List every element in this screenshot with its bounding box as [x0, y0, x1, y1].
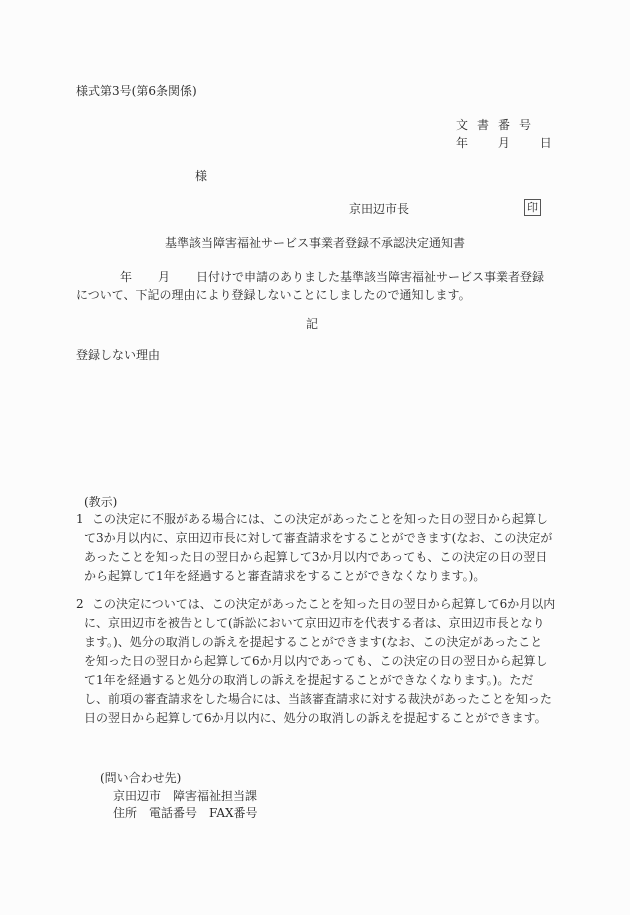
- instruction-line: て3か月以内に、京田辺市長に対して審査請求をすることができます(なお、この決定が: [76, 529, 556, 548]
- contact-fax-label: FAX番号: [209, 806, 258, 820]
- instruction-line: あったことを知った日の翌日から起算して3か月以内であっても、この決定の日の翌日: [76, 548, 556, 567]
- instruction-line: て1年を経過すると処分の取消しの訴えを提起することができなくなります。)。ただ: [76, 671, 556, 690]
- contact-department: 障害福祉担当課: [173, 789, 257, 803]
- instruction-line: ます。)、処分の取消しの訴えを提起することができます(なお、この決定があったこと: [76, 633, 556, 652]
- body-year: 年: [120, 270, 132, 284]
- seal-stamp-icon: 印: [524, 199, 541, 216]
- instruction-line: この決定に不服がある場合には、この決定があったことを知った日の翌日から起算し: [76, 510, 556, 529]
- instruction-line: を知った日の翌日から起算して6か月以内であっても、この決定の日の翌日から起算し: [76, 652, 556, 671]
- instruction-line: から起算して1年を経過すると審査請求をすることができなくなります。)。: [76, 567, 556, 586]
- ki-heading: 記: [306, 318, 318, 330]
- date-month: 月: [498, 137, 510, 149]
- contact-city: 京田辺市: [113, 789, 161, 803]
- issuer-name: 京田辺市長: [349, 203, 409, 215]
- instruction-item-1: 1 この決定に不服がある場合には、この決定があったことを知った日の翌日から起算し…: [76, 510, 556, 586]
- contact-address-label: 住所: [113, 806, 137, 820]
- reason-label: 登録しない理由: [76, 349, 160, 361]
- form-number: 様式第3号(第6条関係): [76, 85, 197, 97]
- instruction-item-2: 2 この決定については、この決定があったことを知った日の翌日から起算して6か月以…: [76, 595, 556, 728]
- date-day: 日: [540, 137, 552, 149]
- body-text-1: 日付けで申請のありました基準該当障害福祉サービス事業者登録: [196, 270, 544, 284]
- issue-date: 年 月 日: [456, 137, 552, 149]
- notice-body-line-2: について、下記の理由により登録しないことにしましたので通知します。: [76, 286, 536, 304]
- instruction-number: 2: [76, 595, 84, 614]
- instruction-line: 日の翌日から起算して6か月以内に、処分の取消しの訴えを提起することができます。: [76, 709, 556, 728]
- document-number-label: 文書番号: [456, 119, 540, 131]
- contact-phone-label: 電話番号: [149, 806, 197, 820]
- notice-body-line-1: 年月日付けで申請のありました基準該当障害福祉サービス事業者登録: [76, 268, 536, 286]
- contact-detail-line: 住所電話番号FAX番号: [113, 807, 258, 819]
- instruction-number: 1: [76, 510, 84, 529]
- addressee-suffix: 様: [195, 170, 207, 182]
- body-month: 月: [158, 270, 170, 284]
- date-year: 年: [456, 137, 468, 149]
- instruction-line: に、京田辺市を被告として(訴訟において京田辺市を代表する者は、京田辺市長となり: [76, 614, 556, 633]
- contact-heading: (問い合わせ先): [100, 772, 181, 784]
- instructions-heading: (教示): [84, 496, 117, 508]
- notice-body: 年月日付けで申請のありました基準該当障害福祉サービス事業者登録 について、下記の…: [76, 268, 536, 304]
- instruction-line: し、前項の審査請求をした場合には、当該審査請求に対する裁決があったことを知った: [76, 690, 556, 709]
- document-title: 基準該当障害福祉サービス事業者登録不承認決定通知書: [165, 237, 465, 249]
- instruction-line: この決定については、この決定があったことを知った日の翌日から起算して6か月以内: [76, 595, 556, 614]
- contact-department-line: 京田辺市障害福祉担当課: [113, 790, 257, 802]
